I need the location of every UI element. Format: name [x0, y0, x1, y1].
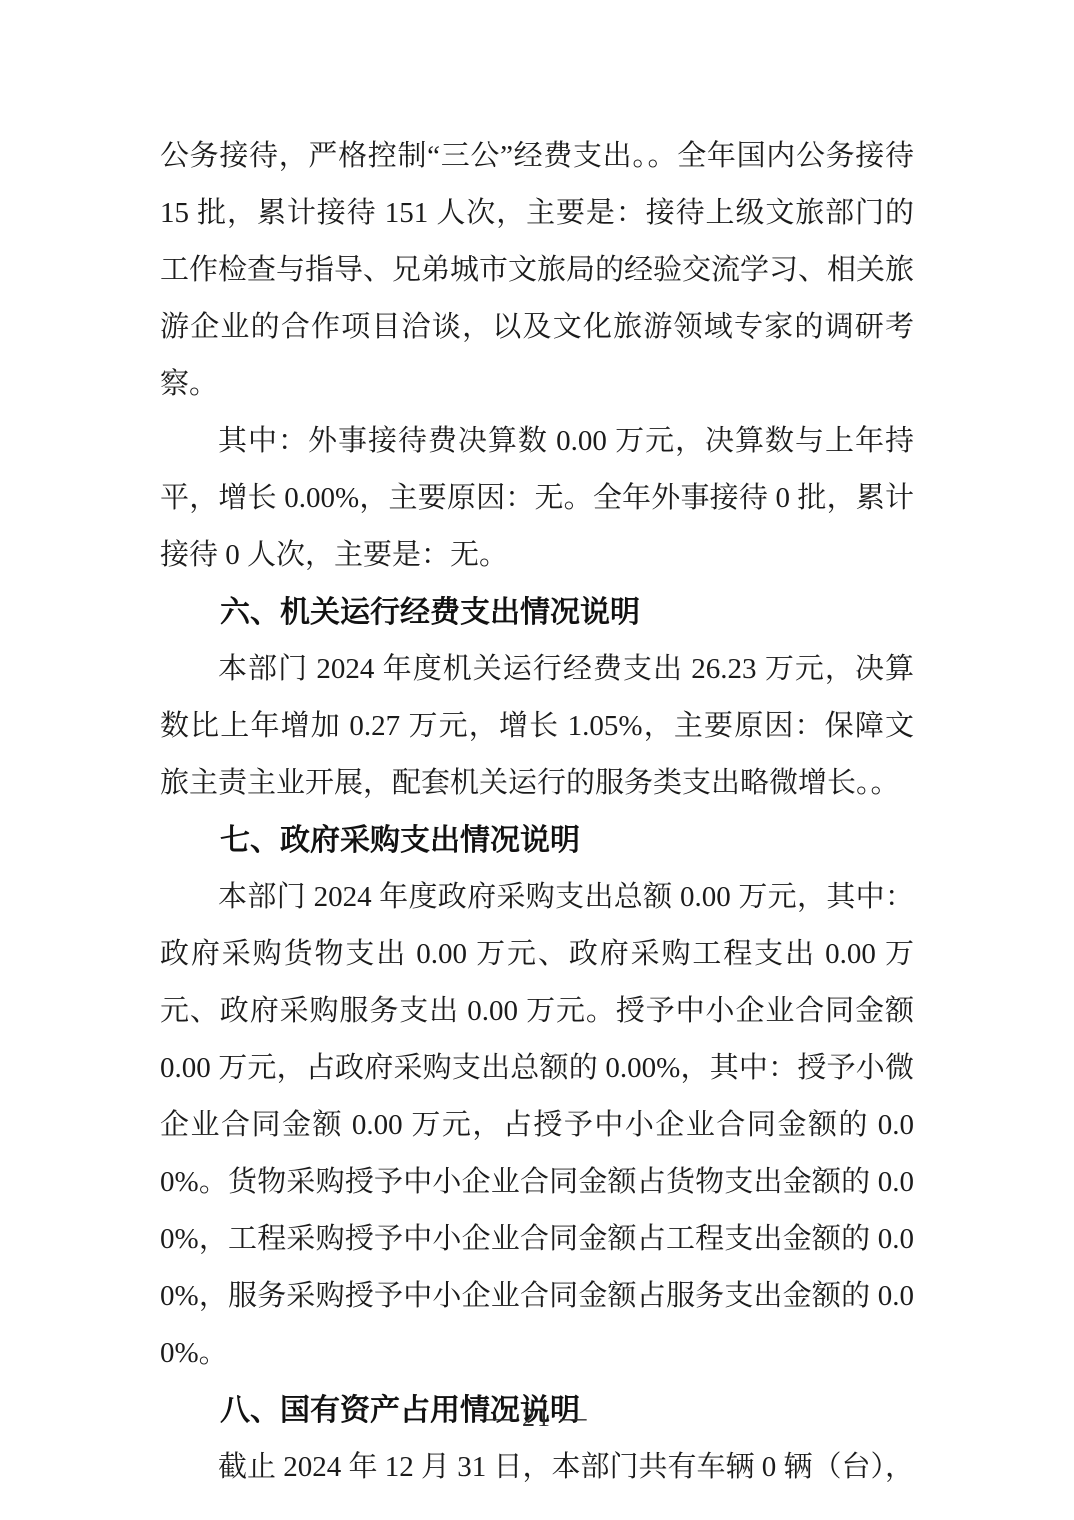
section-heading: 七、政府采购支出情况说明: [160, 812, 914, 869]
body-paragraph: 本部门 2024 年度机关运行经费支出 26.23 万元，决算数比上年增加 0.…: [160, 641, 914, 812]
section-heading: 六、机关运行经费支出情况说明: [160, 584, 914, 641]
page-number: — 21 —: [0, 1398, 1074, 1438]
body-paragraph: 截止 2024 年 12 月 31 日，本部门共有车辆 0 辆（台），: [160, 1439, 914, 1496]
body-paragraph: 其中：外事接待费决算数 0.00 万元，决算数与上年持平，增长 0.00%，主要…: [160, 413, 914, 584]
document-content: 公务接待，严格控制“三公”经费支出。。全年国内公务接待 15 批，累计接待 15…: [160, 128, 914, 1496]
body-paragraph: 公务接待，严格控制“三公”经费支出。。全年国内公务接待 15 批，累计接待 15…: [160, 128, 914, 413]
body-paragraph: 本部门 2024 年度政府采购支出总额 0.00 万元，其中：政府采购货物支出 …: [160, 869, 914, 1382]
document-page: 公务接待，严格控制“三公”经费支出。。全年国内公务接待 15 批，累计接待 15…: [0, 0, 1074, 1520]
